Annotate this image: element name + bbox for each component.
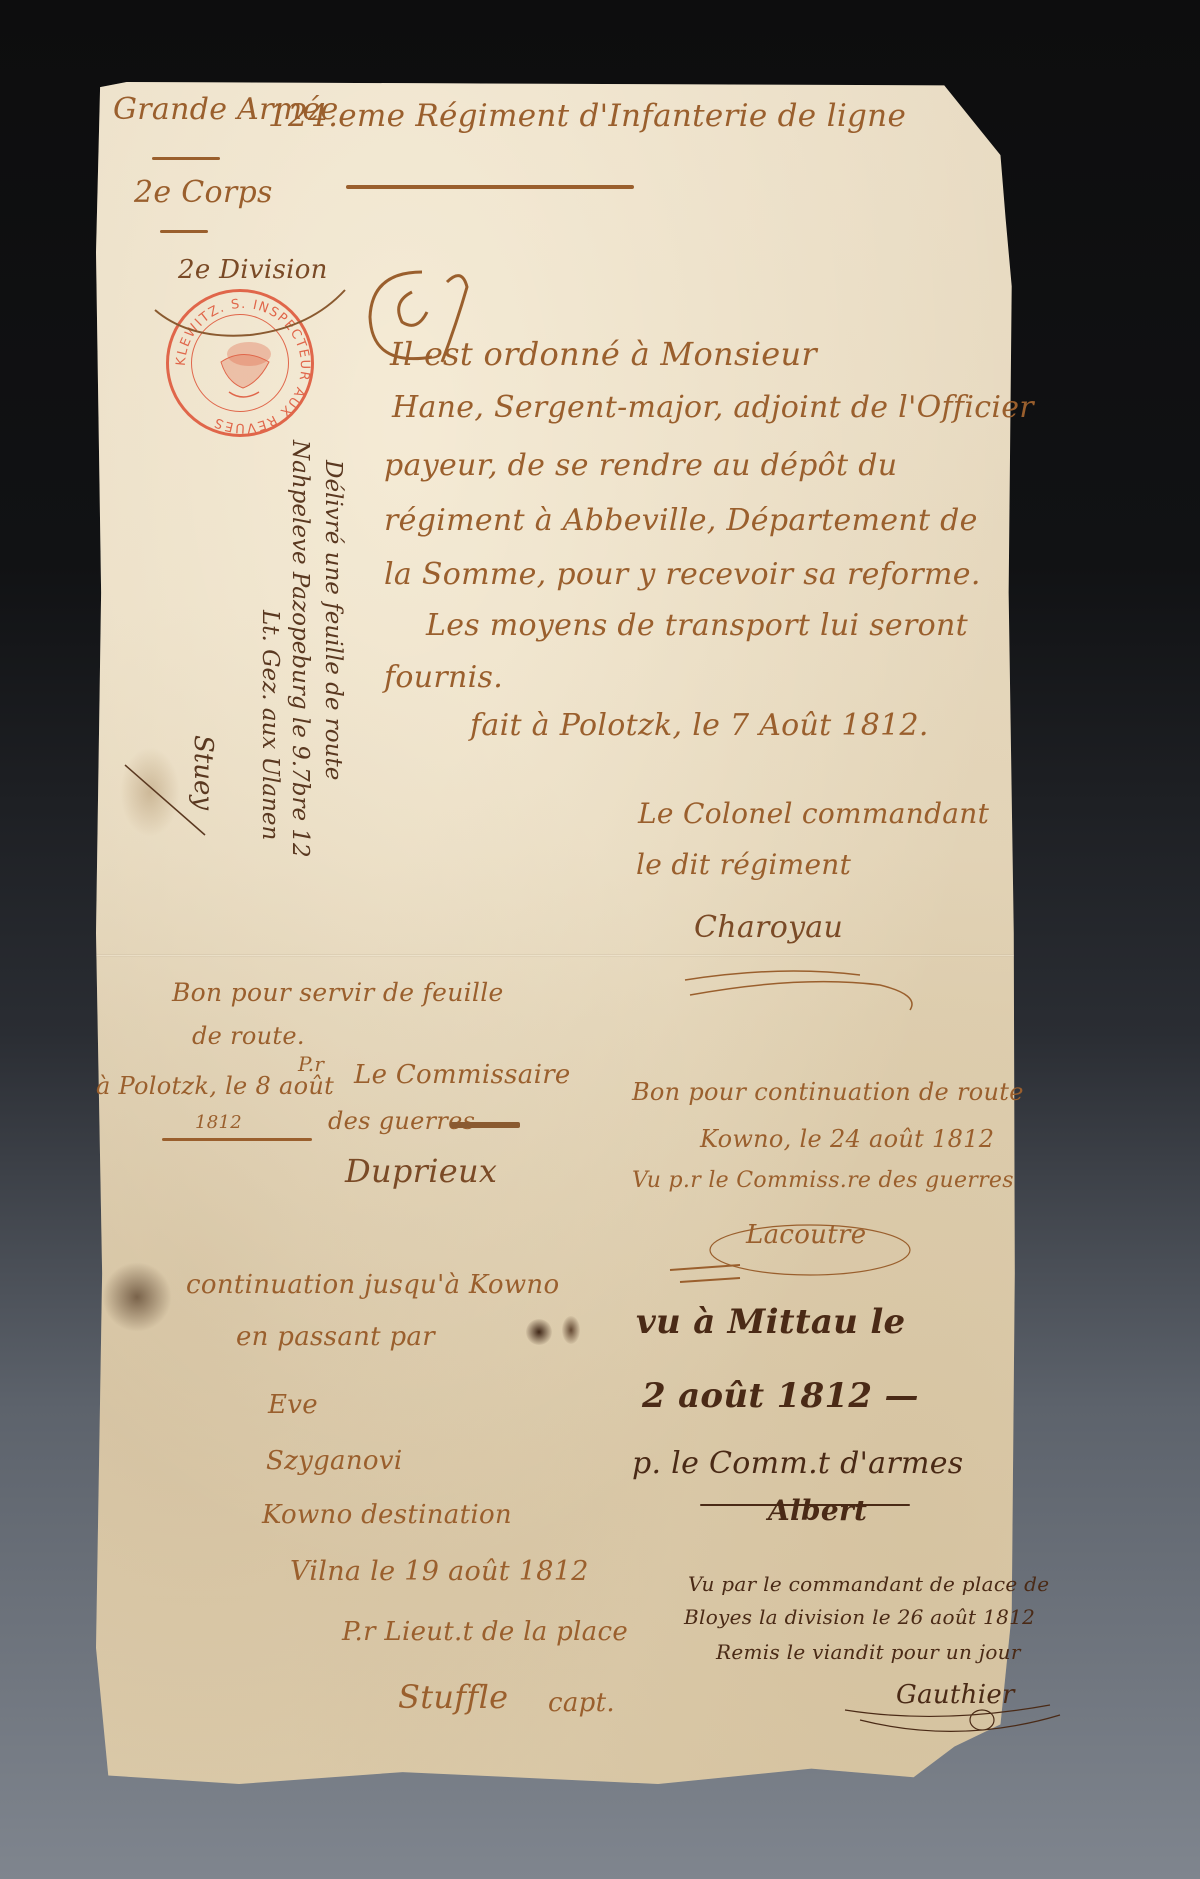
order-line-3: payeur, de se rendre au dépôt du (384, 448, 897, 483)
order-line-4: régiment à Abbeville, Département de (384, 503, 978, 538)
endorsement-1-underline (162, 1138, 312, 1141)
endorsement-3-signature: Stuffle (398, 1678, 508, 1716)
order-line-7: fournis. (384, 660, 503, 695)
margin-note-line-3: Lt. Gez. aux Ulanen (257, 610, 283, 840)
corps-label: 2e Corps (134, 175, 273, 210)
endorsement-1-line-1: Bon pour servir de feuille (172, 978, 504, 1007)
endorsement-1-prefix: P.r (298, 1052, 324, 1076)
margin-note-line-1: Délivré une feuille de route (320, 460, 346, 780)
endorsement-3-stop-2: Szyganovi (266, 1446, 402, 1476)
regiment-title: le dit régiment (636, 848, 851, 881)
endorsement-4-signature: Albert (768, 1494, 867, 1527)
endorsement-3-stop-3: Kowno destination (262, 1500, 512, 1530)
endorsement-1-place-date: à Polotzk, le 8 août (96, 1072, 334, 1100)
ink-blot (526, 1319, 552, 1345)
endorsement-1-signature: Duprieux (345, 1152, 497, 1190)
corps-underline (160, 230, 208, 233)
ink-blot (562, 1316, 580, 1344)
regiment-underline (346, 185, 634, 189)
margin-note-line-2: Nahpeleve Pazopeburg le 9.7bre 12 (287, 440, 313, 858)
endorsement-1-title-2: des guerres (328, 1107, 475, 1135)
order-line-6: Les moyens de transport lui seront (426, 608, 968, 643)
endorsement-1-year: 1812 (195, 1112, 242, 1133)
signature-flourish (680, 955, 930, 1015)
endorsement-3-line-1: continuation jusqu'à Kowno (186, 1270, 559, 1300)
endorsement-4-underline (700, 1504, 910, 1506)
signature-flourish (840, 1690, 1070, 1750)
endorsement-2-line-1: Bon pour continuation de route (632, 1078, 1024, 1106)
margin-flourish (120, 760, 210, 840)
order-line-2: Hane, Sergent-major, adjoint de l'Offici… (392, 390, 1034, 425)
stain (102, 1262, 172, 1332)
endorsement-5-line-1: Vu par le commandant de place de (688, 1572, 1049, 1596)
endorsement-1-line-2: de route. (192, 1022, 305, 1050)
army-underline (152, 157, 220, 160)
endorsement-3-title: P.r Lieut.t de la place (342, 1617, 628, 1647)
endorsement-4-line-1: vu à Mittau le (636, 1302, 905, 1342)
endorsement-2-line-3: Vu p.r le Commiss.re des guerres (632, 1168, 1014, 1193)
endorsement-3-place-date: Vilna le 19 août 1812 (290, 1556, 589, 1587)
endorsement-1-title-1: Le Commissaire (354, 1060, 571, 1090)
fold-line (96, 954, 1118, 957)
colonel-signature: Charoyau (694, 910, 843, 945)
signature-flourish (660, 1220, 920, 1290)
order-line-5: la Somme, pour y recevoir sa reforme. (384, 557, 981, 592)
colonel-title: Le Colonel commandant (638, 797, 989, 830)
endorsement-5-line-2: Bloyes la division le 26 août 1812 (684, 1605, 1035, 1629)
flourish (150, 280, 350, 340)
regiment-label: 124.eme Régiment d'Infanterie de ligne (268, 98, 906, 134)
endorsement-2-line-2: Kowno, le 24 août 1812 (700, 1125, 994, 1153)
endorsement-4-line-2: 2 août 1812 — (642, 1376, 919, 1416)
order-place-date: fait à Polotzk, le 7 Août 1812. (470, 708, 929, 743)
ink-stroke (450, 1122, 520, 1128)
endorsement-4-line-3: p. le Comm.t d'armes (632, 1446, 963, 1481)
endorsement-3-signature-title: capt. (548, 1688, 615, 1718)
order-line-1: Il est ordonné à Monsieur (390, 335, 817, 373)
endorsement-3-stop-1: Eve (268, 1390, 318, 1420)
endorsement-5-line-3: Remis le viandit pour un jour (716, 1640, 1021, 1664)
endorsement-3-line-2: en passant par (236, 1322, 435, 1352)
